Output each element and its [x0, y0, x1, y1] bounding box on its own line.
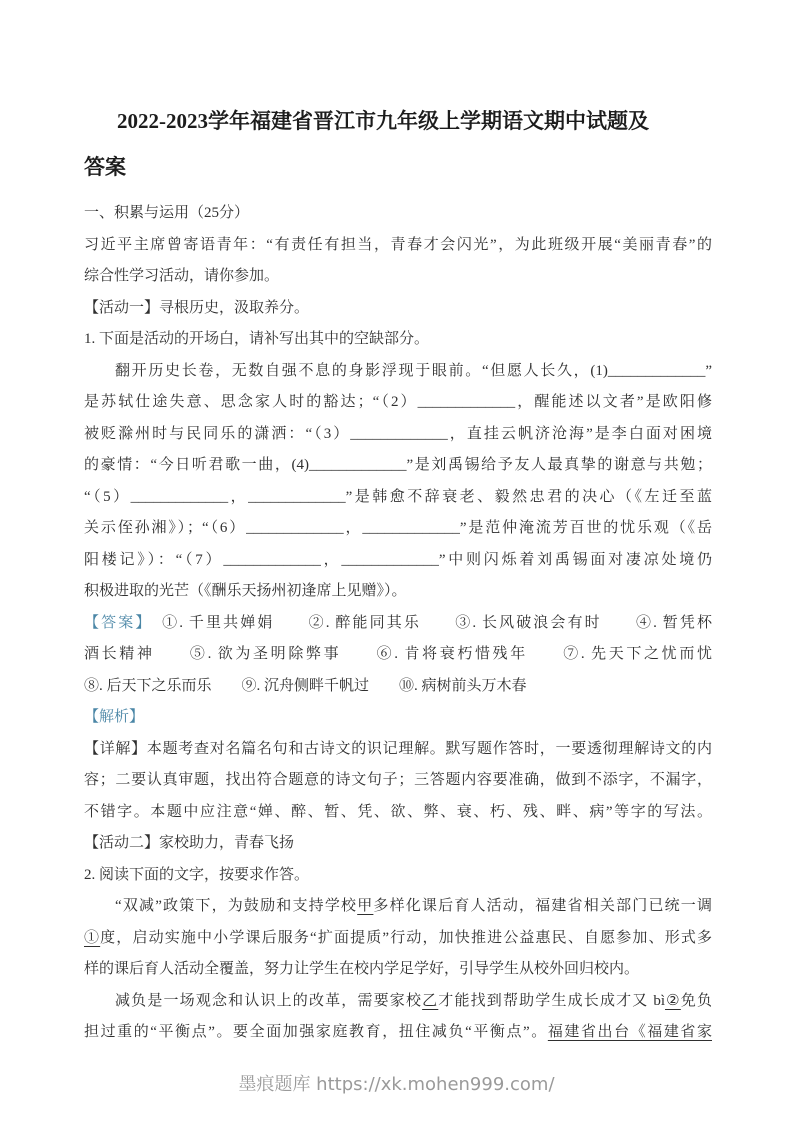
analysis-line: 【解析】: [84, 702, 712, 734]
doc-title-line1: 2022-2023学年福建省晋江市九年级上学期语文期中试题及: [84, 98, 712, 144]
underlined-sentence: 福建省出台《福建省家: [548, 1024, 712, 1040]
question1-line: 积极进取的光芒（《酬乐天扬州初逢席上见赠》）。: [84, 576, 712, 608]
answer-line: ⑧. 后天下之乐而乐 ⑨. 沉舟侧畔千帆过 ⑩. 病树前头万木春: [84, 671, 712, 703]
passage-text: 担过重的“平衡点”。要全面加强家庭教育，扭住减负“平衡点”。: [84, 1024, 548, 1040]
passage-text: 减负是一场观念和认识上的改革，需要家校: [115, 993, 422, 1009]
answer-line: 【答案】 ①. 千里共婵娟 ②. 醉能同其乐 ③. 长风破浪会有时 ④. 暂凭杯: [84, 608, 712, 640]
underlined-term-jia: 甲: [357, 898, 373, 914]
question1-line: 被贬滁州时与民同乐的潇洒：“（3）_____________，直挂云帆济沧海”是…: [84, 419, 712, 451]
question1-line: “（5）_____________，_____________”是韩愈不辞衰老、…: [84, 482, 712, 514]
underlined-term-1: ①: [84, 930, 100, 946]
passage-line: ①度，启动实施中小学课后服务“扩面提质”行动，加快推进公益惠民、自愿参加、形式多: [84, 923, 712, 955]
passage-text: “双减”政策下，为鼓励和支持学校: [115, 898, 357, 914]
detail-line: 不错字。本题中应注意“婵、醉、暂、凭、欲、弊、衰、朽、残、畔、病”等字的写法。: [84, 797, 712, 829]
question1-line: 阳楼记》）：“（7）_____________，_____________”中则…: [84, 545, 712, 577]
document-page: 2022-2023学年福建省晋江市九年级上学期语文期中试题及 答案 一、积累与运…: [0, 0, 793, 1122]
document-text: 一、积累与运用（25分） 习近平主席曾寄语青年：“有责任有担当，青春才会闪光”，…: [84, 198, 712, 1049]
question2-prompt: 2. 阅读下面的文字，按要求作答。: [84, 860, 712, 892]
footer-text: 墨痕题库 https://xk.mohen999.com/: [0, 1070, 793, 1096]
activity1-heading: 【活动一】寻根历史，汲取养分。: [84, 293, 712, 325]
detail-line: 【详解】本题考查对名篇名句和古诗文的识记理解。默写题作答时，一要透彻理解诗文的内: [84, 734, 712, 766]
question1-line: 关示侄孙湘》）；“（6）_____________，_____________”…: [84, 513, 712, 545]
passage-line: 减负是一场观念和认识上的改革，需要家校乙才能找到帮助学生成长成才又 bì②免负: [84, 986, 712, 1018]
question1-line: 是苏轼仕途失意、思念家人时的豁达；“（2）_____________，醒能述以文…: [84, 387, 712, 419]
passage-text: 才能找到帮助学生成长成才又 bì: [438, 993, 665, 1009]
underlined-term-2: ②: [665, 993, 681, 1009]
intro-line: 综合性学习活动，请你参加。: [84, 261, 712, 293]
question1-line: 翻开历史长卷，无数自强不息的身影浮现于眼前。“但愿人长久，(1)________…: [84, 356, 712, 388]
detail-line: 容；二要认真审题，找出符合题意的诗文句子；三答题内容要准确，做到不添字，不漏字，: [84, 765, 712, 797]
passage-text: 免负: [681, 993, 712, 1009]
passage-line: “双减”政策下，为鼓励和支持学校甲多样化课后育人活动，福建省相关部门已统一调: [84, 891, 712, 923]
question1-prompt: 1. 下面是活动的开场白，请补写出其中的空缺部分。: [84, 324, 712, 356]
analysis-label: 【解析】: [84, 709, 144, 725]
answer-label: 【答案】: [84, 615, 145, 631]
section-heading: 一、积累与运用（25分）: [84, 198, 712, 230]
passage-line: 担过重的“平衡点”。要全面加强家庭教育，扭住减负“平衡点”。福建省出台《福建省家: [84, 1017, 712, 1049]
passage-text: 度，启动实施中小学课后服务“扩面提质”行动，加快推进公益惠民、自愿参加、形式多: [100, 930, 712, 946]
answer-text: ①. 千里共婵娟 ②. 醉能同其乐 ③. 长风破浪会有时 ④. 暂凭杯: [145, 615, 712, 631]
question1-line: 的豪情：“今日听君歌一曲，(4)_____________”是刘禹锡给予友人最真…: [84, 450, 712, 482]
activity2-heading: 【活动二】家校助力，青春飞扬: [84, 828, 712, 860]
doc-title-line2: 答案: [84, 144, 712, 190]
doc-title: 2022-2023学年福建省晋江市九年级上学期语文期中试题及 答案: [84, 98, 712, 190]
answer-line: 酒长精神 ⑤. 欲为圣明除弊事 ⑥. 肯将衰朽惜残年 ⑦. 先天下之忧而忧: [84, 639, 712, 671]
underlined-term-yi: 乙: [422, 993, 438, 1009]
passage-text: 多样化课后育人活动，福建省相关部门已统一调: [373, 898, 712, 914]
intro-line: 习近平主席曾寄语青年：“有责任有担当，青春才会闪光”，为此班级开展“美丽青春”的: [84, 230, 712, 262]
document-body: 2022-2023学年福建省晋江市九年级上学期语文期中试题及 答案 一、积累与运…: [84, 98, 712, 1049]
passage-line: 样的课后育人活动全覆盖，努力让学生在校内学足学好，引导学生从校外回归校内。: [84, 954, 712, 986]
